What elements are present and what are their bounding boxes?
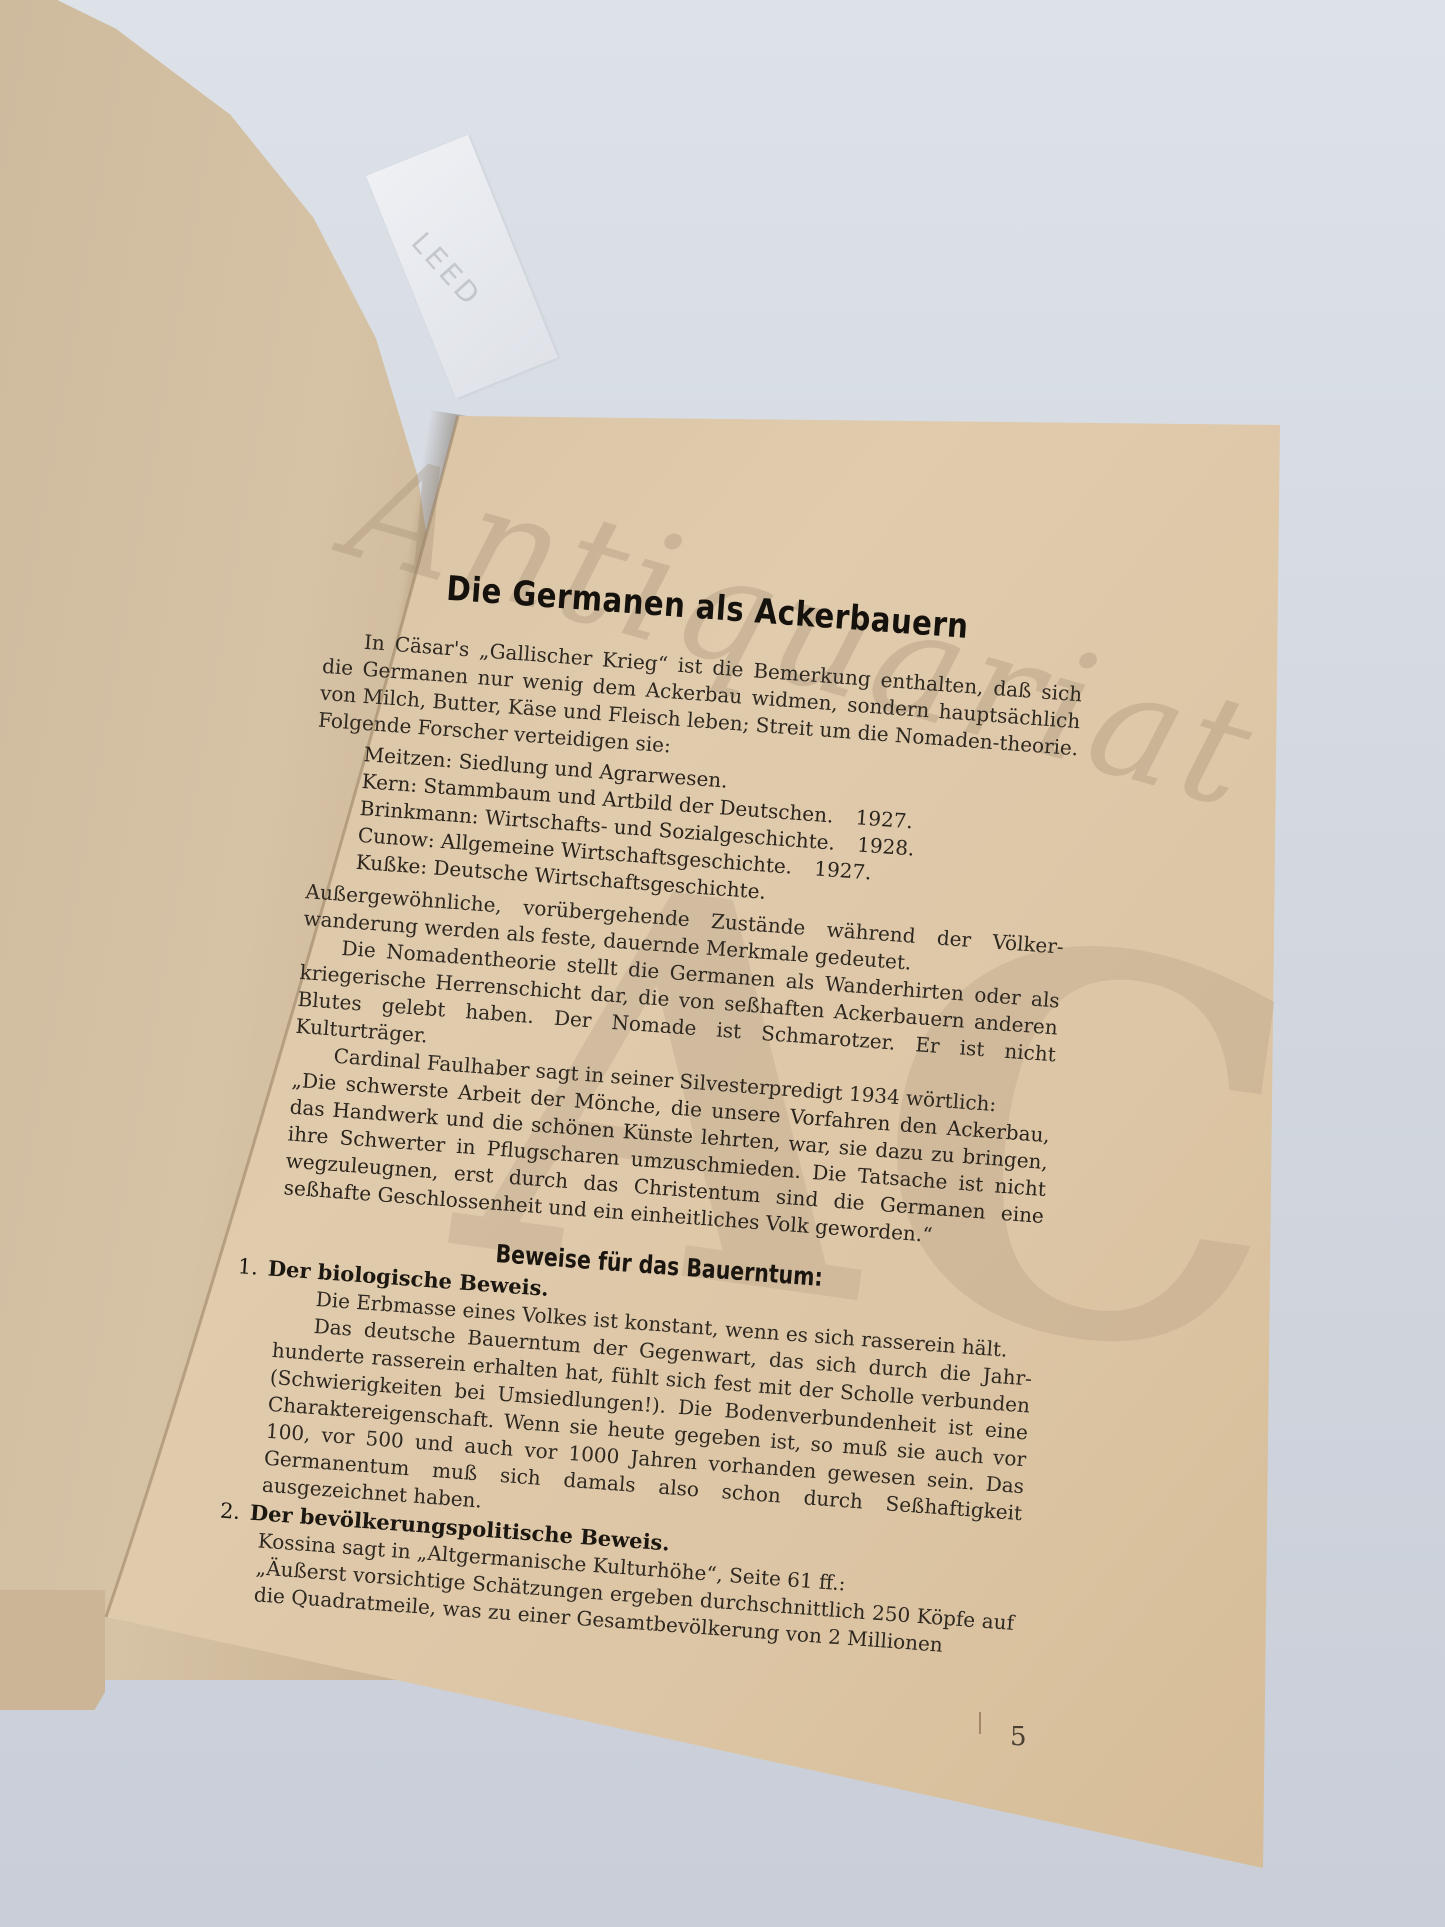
reference-author: Kußke: [355,850,428,879]
reference-year: 1927. [814,856,873,884]
proof-number: 2. [219,1499,241,1524]
reference-author: Kern: [361,769,418,797]
reference-year: 1927. [855,805,914,833]
proof-number: 1. [237,1254,259,1279]
paper-slip-mark: LEED [405,226,489,314]
reference-year [743,770,745,794]
reference-year [781,881,783,905]
reference-year: 1928. [856,832,915,860]
page-number: 5 [1010,1722,1027,1752]
reference-author: Meitzen: [363,742,453,772]
page-margin-mark [979,1712,981,1734]
tucked-paper-slip: LEED [366,135,558,399]
left-page-bottom-edge [0,1590,105,1710]
page-content: Die Germanen als Ackerbauern In Cäsar's … [242,560,1088,1812]
reference-author: Cunow: [357,823,436,853]
